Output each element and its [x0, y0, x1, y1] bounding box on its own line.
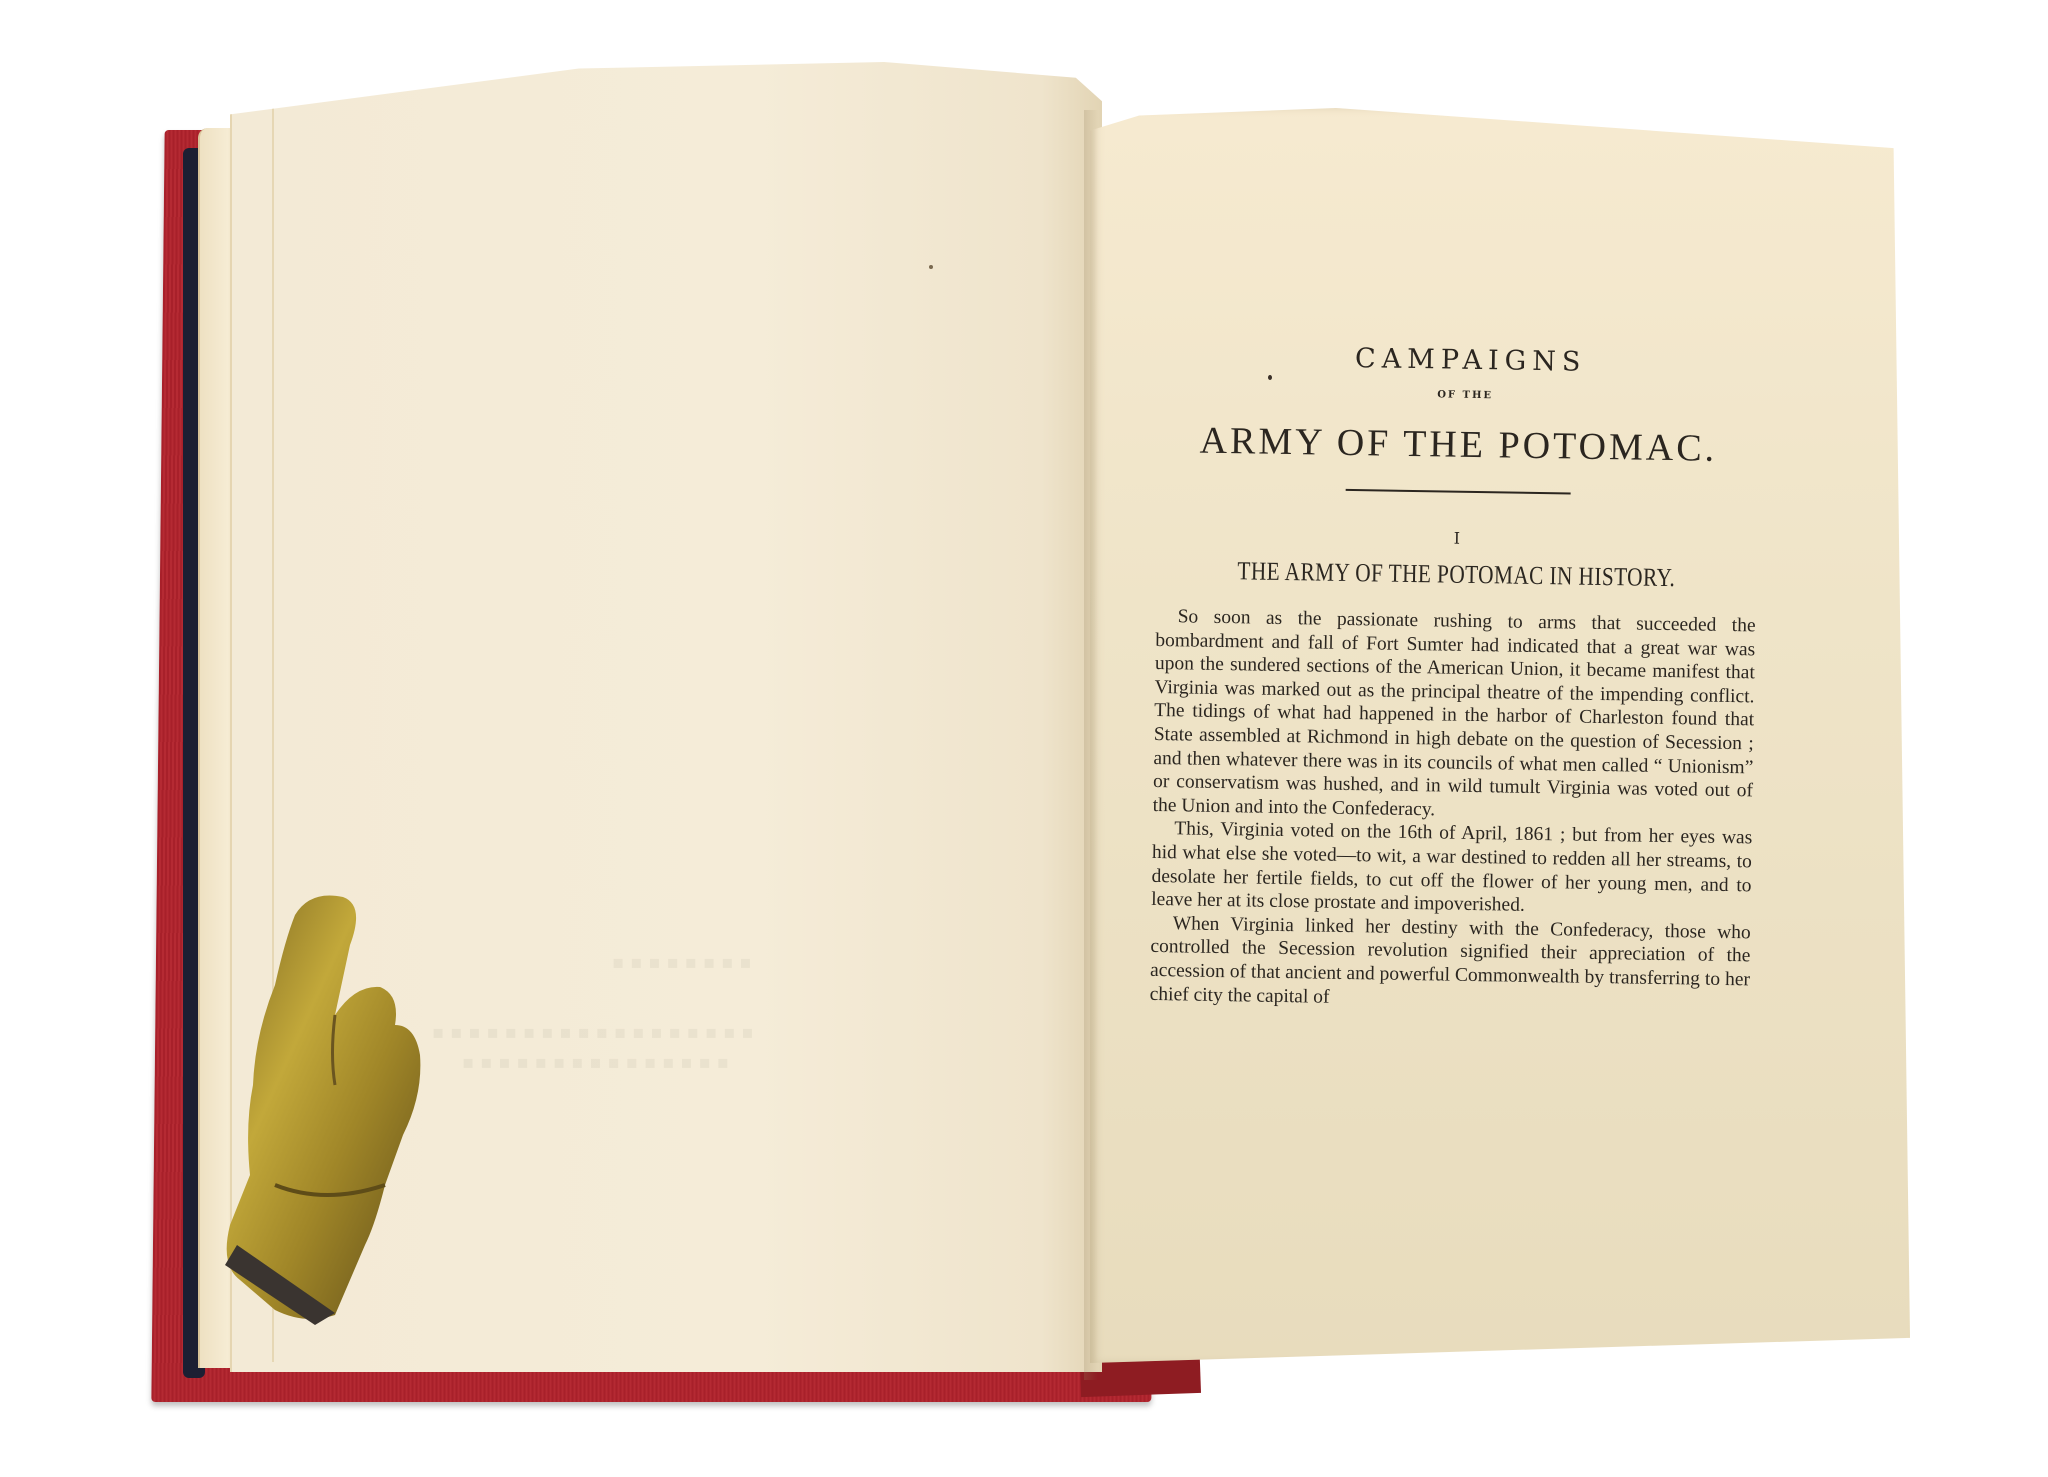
gutter-shadow: [1084, 110, 1098, 1380]
show-through-text: ▪▪▪▪▪▪▪▪: [612, 952, 758, 973]
chapter-title: THE ARMY OF THE POTOMAC IN HISTORY.: [1210, 556, 1702, 594]
paragraph: This, Virginia voted on the 16th of Apri…: [1151, 817, 1752, 921]
title-of-the: OF THE: [1171, 385, 1759, 405]
paragraph: When Virginia linked her destiny with th…: [1150, 912, 1751, 1016]
ink-speck: [1268, 375, 1272, 380]
gilded-hand-paperweight-icon: [215, 885, 425, 1325]
show-through-text: ▪▪▪▪▪▪▪▪▪▪▪▪▪▪▪: [462, 1052, 735, 1073]
title-rule: [1345, 489, 1570, 495]
paragraph: So soon as the passionate rushing to arm…: [1153, 605, 1756, 827]
paper-speck: [929, 265, 933, 269]
right-page-text: CAMPAIGNS OF THE ARMY OF THE POTOMAC. I …: [1150, 340, 1760, 1015]
chapter-number: I: [1157, 524, 1757, 552]
title-army-of-the-potomac: ARMY OF THE POTOMAC.: [1158, 418, 1759, 471]
show-through-text: ▪▪▪▪▪▪▪▪▪▪▪▪▪▪▪▪▪▪: [432, 1022, 760, 1043]
